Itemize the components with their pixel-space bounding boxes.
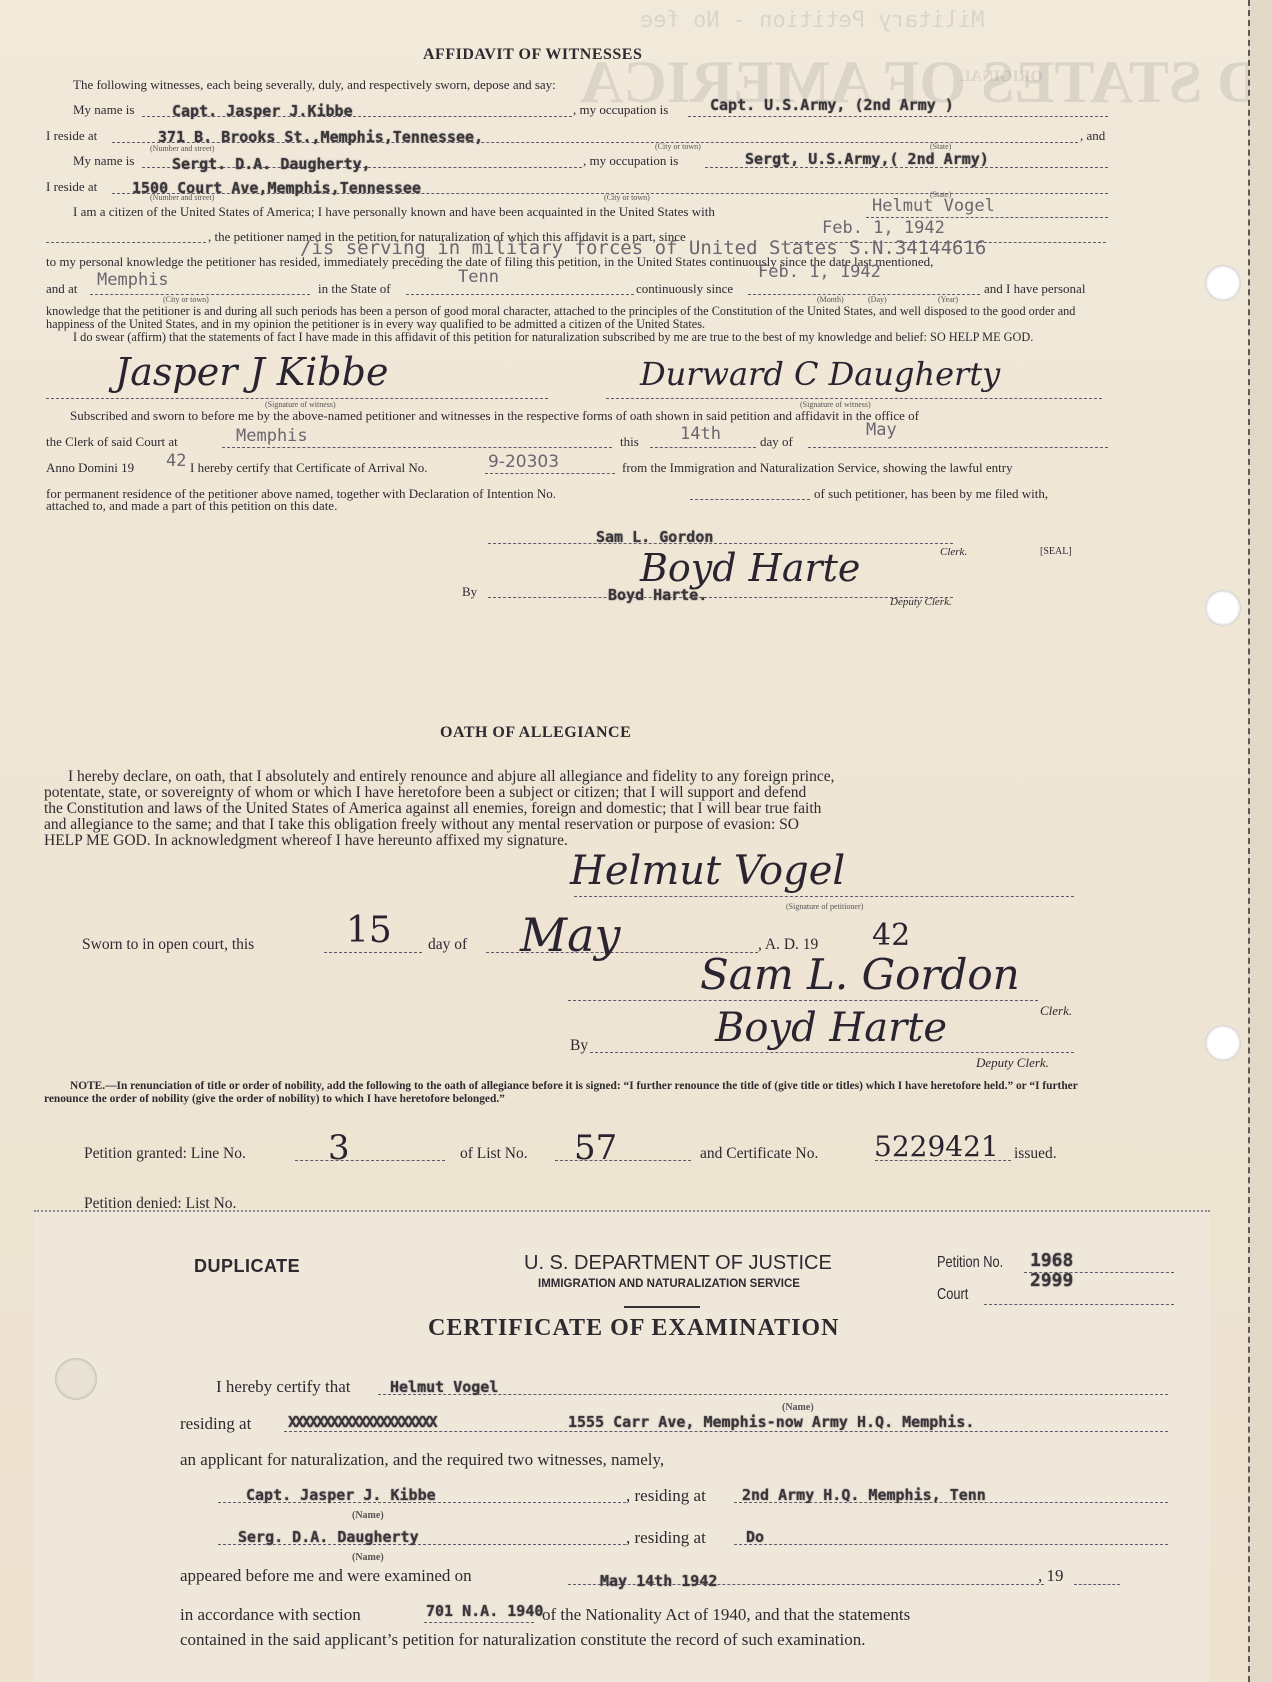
nobility-note: NOTE.—In renunciation of title or order … [44, 1080, 1110, 1105]
state-value: Tenn [458, 267, 499, 287]
petition-no: 1968 [1030, 1250, 1073, 1271]
applicant-address-struck: XXXXXXXXXXXXXXXXXXXXX [288, 1413, 436, 1431]
and-at-label: and at [46, 281, 77, 297]
by-label: By [462, 584, 477, 600]
day-of-label: day of [760, 434, 793, 450]
oath-clerk-signature: Sam L. Gordon [700, 950, 1020, 999]
subscribed-text: Subscribed and sworn to before me by the… [70, 408, 919, 424]
sworn-day: 15 [346, 910, 392, 951]
this-label: this [620, 434, 639, 450]
witness1-occupation: Capt. U.S.Army, (2nd Army ) [710, 96, 954, 114]
line-no: 3 [328, 1128, 350, 1168]
record-text: contained in the said applicant’s petiti… [180, 1632, 865, 1648]
cert-label: and Certificate No. [700, 1146, 818, 1162]
witness1-signature: Jasper J Kibbe [115, 350, 388, 394]
city-value: Memphis [97, 270, 169, 290]
caption-sig-petitioner: (Signature of petitioner) [786, 902, 863, 911]
month-value: May [866, 420, 897, 440]
list-label: of List No. [460, 1146, 528, 1162]
court-city: Memphis [236, 426, 308, 446]
oath-line-1: I hereby declare, on oath, that I absolu… [68, 769, 835, 785]
act-text: of the Nationality Act of 1940, and that… [542, 1607, 910, 1623]
witness2-address-cert: Do [746, 1528, 764, 1546]
certify-arrival-label: I hereby certify that Certificate of Arr… [190, 460, 428, 476]
section-value: 701 N.A. 1940 [426, 1602, 543, 1620]
applicant-address: 1555 Carr Ave, Memphis-now Army H.Q. Mem… [568, 1413, 974, 1431]
petitioner-signature: Helmut Vogel [570, 848, 845, 894]
personal-label: and I have personal [984, 281, 1085, 297]
state-label: in the State of [318, 281, 391, 297]
witness2-signature: Durward C Daugherty [640, 355, 1000, 393]
continuous-date: Feb. 1, 1942 [758, 262, 881, 282]
punch-hole-2 [1205, 590, 1241, 626]
clerk-court-label: the Clerk of said Court at [46, 434, 178, 450]
citizen-text: I am a citizen of the United States of A… [73, 204, 715, 220]
name-caption-3: (Name) [352, 1552, 384, 1563]
dept-label: U. S. DEPARTMENT OF JUSTICE [524, 1252, 832, 1275]
seal-label: [SEAL] [1040, 546, 1072, 557]
witness1-and: , and [1080, 128, 1105, 144]
petitioner-name: Helmut Vogel [872, 196, 995, 216]
year-value: 42 [166, 451, 186, 471]
sworn-day-of-label: day of [428, 937, 467, 953]
certificate-title: CERTIFICATE OF EXAMINATION [428, 1315, 839, 1342]
oath-line-2: potentate, state, or sovereignty of whom… [44, 785, 806, 801]
attached-text: attached to, and made a part of this pet… [46, 498, 337, 514]
clerk-label: Clerk. [940, 546, 967, 558]
character-text: knowledge that the petitioner is and dur… [46, 305, 1108, 331]
section-label: in accordance with section [180, 1607, 361, 1623]
witness1-residing-label: , residing at [626, 1488, 706, 1504]
continuously-label: continuously since [636, 281, 733, 297]
clerk-typed-name: Sam L. Gordon [596, 528, 713, 546]
name-caption-2: (Name) [352, 1510, 384, 1521]
day-value: 14th [680, 424, 721, 444]
issued-label: issued. [1014, 1146, 1057, 1162]
deputy-label: Deputy Clerk. [890, 596, 952, 608]
deputy-signature: Boyd Harte [640, 546, 860, 590]
witness1-occupation-label: , my occupation is [573, 102, 668, 118]
swear-text: I do swear (affirm) that the statements … [46, 331, 1108, 344]
arrival-no: 9-20303 [488, 452, 559, 472]
oath-title: OATH OF ALLEGIANCE [440, 724, 631, 742]
applicant-text: an applicant for naturalization, and the… [180, 1452, 664, 1468]
document-page: Military Petition - No fee UNITED STATES… [0, 0, 1250, 1682]
affidavit-intro: The following witnesses, each being seve… [73, 77, 556, 93]
duplicate-label: DUPLICATE [194, 1256, 300, 1277]
oath-deputy-signature: Boyd Harte [715, 1005, 947, 1051]
witness1-address-cert: 2nd Army H.Q. Memphis, Tenn [742, 1486, 986, 1504]
witness2-name-label: My name is [73, 153, 134, 169]
examined-date: May 14th 1942 [600, 1572, 717, 1590]
oath-by-label: By [570, 1038, 588, 1054]
oath-clerk-label: Clerk. [1040, 1003, 1072, 1019]
examined-label: appeared before me and were examined on [180, 1568, 472, 1584]
court-value: 2999 [1030, 1270, 1073, 1291]
court-label: Court [937, 1286, 968, 1304]
caption-city-3: (City or town) [163, 295, 209, 304]
certify-label: I hereby certify that [216, 1379, 351, 1395]
caption-number-street-2: (Number and street) [150, 193, 214, 202]
punch-hole-3 [1205, 1025, 1241, 1061]
caption-number-street: (Number and street) [150, 144, 214, 153]
certificate-of-examination: DUPLICATE U. S. DEPARTMENT OF JUSTICE IM… [34, 1210, 1210, 1682]
caption-month: (Month) [817, 295, 844, 304]
divider [624, 1306, 700, 1308]
sworn-label: Sworn to in open court, this [82, 937, 254, 953]
petition-no-label: Petition No. [937, 1254, 1003, 1272]
sworn-year: 42 [872, 918, 910, 953]
residing-label: residing at [180, 1416, 251, 1432]
witness2-name: Sergt. D.A. Daugherty, [172, 155, 371, 173]
nineteen-label: , 19 [1038, 1568, 1064, 1584]
oath-deputy-label: Deputy Clerk. [976, 1055, 1049, 1071]
witness2-name-cert: Serg. D.A. Daugherty [238, 1528, 419, 1546]
caption-day: (Day) [868, 295, 887, 304]
oath-line-3: the Constitution and laws of the United … [44, 801, 821, 817]
since-date: Feb. 1, 1942 [822, 218, 945, 238]
caption-city: (City or town) [655, 142, 701, 151]
oath-line-4: and allegiance to the same; and that I t… [44, 817, 799, 833]
witness2-residing-label: , residing at [626, 1530, 706, 1546]
cert-no: 5229421 [874, 1130, 999, 1163]
witness2-reside-label: I reside at [46, 179, 97, 195]
sworn-month: May [520, 908, 621, 962]
witness1-name-cert: Capt. Jasper J. Kibbe [246, 1486, 436, 1504]
list-no: 57 [574, 1128, 617, 1168]
granted-label: Petition granted: Line No. [84, 1146, 246, 1162]
filed-text: of such petitioner, has been by me filed… [814, 486, 1048, 502]
ins-text: from the Immigration and Naturalization … [622, 460, 1013, 476]
witness2-occupation: Sergt, U.S.Army,( 2nd Army) [745, 150, 989, 168]
witness1-name-label: My name is [73, 102, 134, 118]
affidavit-title: AFFIDAVIT OF WITNESSES [423, 46, 642, 64]
applicant-name: Helmut Vogel [390, 1378, 498, 1396]
caption-city-2: (City or town) [604, 193, 650, 202]
page-edge [1248, 0, 1272, 1682]
witness2-occupation-label: , my occupation is [583, 153, 678, 169]
ghost-text-top: Military Petition - No fee [640, 8, 984, 33]
service-label: IMMIGRATION AND NATURALIZATION SERVICE [538, 1278, 800, 1290]
witness1-reside-label: I reside at [46, 128, 97, 144]
name-caption: (Name) [782, 1402, 814, 1413]
punch-hole-1 [1205, 265, 1241, 301]
witness1-name: Capt. Jasper J.Kibbe [172, 102, 353, 120]
anno-label: Anno Domini 19 [46, 460, 134, 476]
oath-line-5: HELP ME GOD. In acknowledgment whereof I… [44, 833, 568, 849]
ghost-text-original: ORIGINAL [960, 68, 1043, 86]
stub-hole [55, 1358, 97, 1400]
caption-year: (Year) [938, 295, 958, 304]
